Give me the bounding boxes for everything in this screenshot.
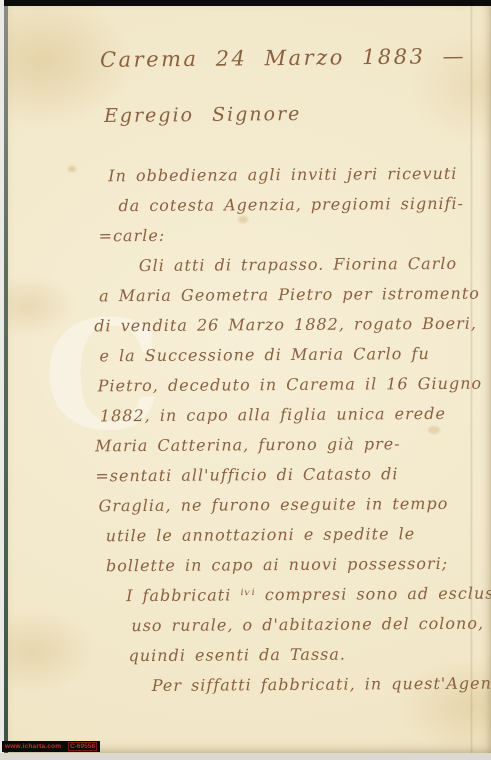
letter-line: 1882, in capo alla figlia unica erede	[88, 399, 490, 432]
letter-line: utile le annottazioni e spedite le	[89, 519, 491, 552]
letter-line: di vendita 26 Marzo 1882, rogato Boeri,	[87, 309, 489, 342]
letter-line: uso rurale, o d'abitazione del colono,	[89, 609, 491, 642]
letter-line: Gli atti di trapasso. Fiorina Carlo	[87, 249, 489, 282]
paper-stain	[68, 166, 76, 172]
letter-line: da cotesta Agenzia, pregiomi signifi-	[86, 189, 488, 222]
letter-line: In obbedienza agli inviti jeri ricevuti	[86, 159, 488, 192]
scanned-letter-scene: C Carema 24 Marzo 1883 — Egregio Signore…	[0, 0, 491, 760]
letter-line: Graglia, ne furono eseguite in tempo	[88, 489, 490, 522]
letter-line: =sentati all'ufficio di Catasto di	[88, 459, 490, 492]
letter-salutation: Egregio Signore	[104, 103, 302, 127]
letter-line: e la Successione di Maria Carlo fu	[87, 339, 489, 372]
seller-watermark-strip: www.icharta.com C-69558	[2, 741, 100, 752]
seller-site-label: www.icharta.com	[5, 743, 61, 750]
letter-line: Pietro, deceduto in Carema il 16 Giugno	[88, 369, 490, 402]
letter-line: Per siffatti fabbricati, in quest'Agenzi…	[90, 669, 491, 702]
seller-code-badge: C-69558	[68, 742, 97, 751]
letter-page: C Carema 24 Marzo 1883 — Egregio Signore…	[8, 6, 491, 753]
letter-line: I fabbricati ⁱᵛⁱ compresi sono ad esclus…	[89, 579, 491, 612]
letter-line: a Maria Geometra Pietro per istromento	[87, 279, 489, 312]
letter-line: Maria Catterina, furono già pre-	[88, 429, 490, 462]
letter-dateline: Carema 24 Marzo 1883 —	[100, 44, 466, 72]
letter-line: =carle:	[87, 219, 489, 252]
letter-line: quindi esenti da Tassa.	[89, 639, 491, 672]
letter-line: bollette in capo ai nuovi possessori;	[89, 549, 491, 582]
scan-bottom-edge	[0, 753, 491, 760]
letter-body: In obbedienza agli inviti jeri ricevutid…	[86, 159, 491, 702]
